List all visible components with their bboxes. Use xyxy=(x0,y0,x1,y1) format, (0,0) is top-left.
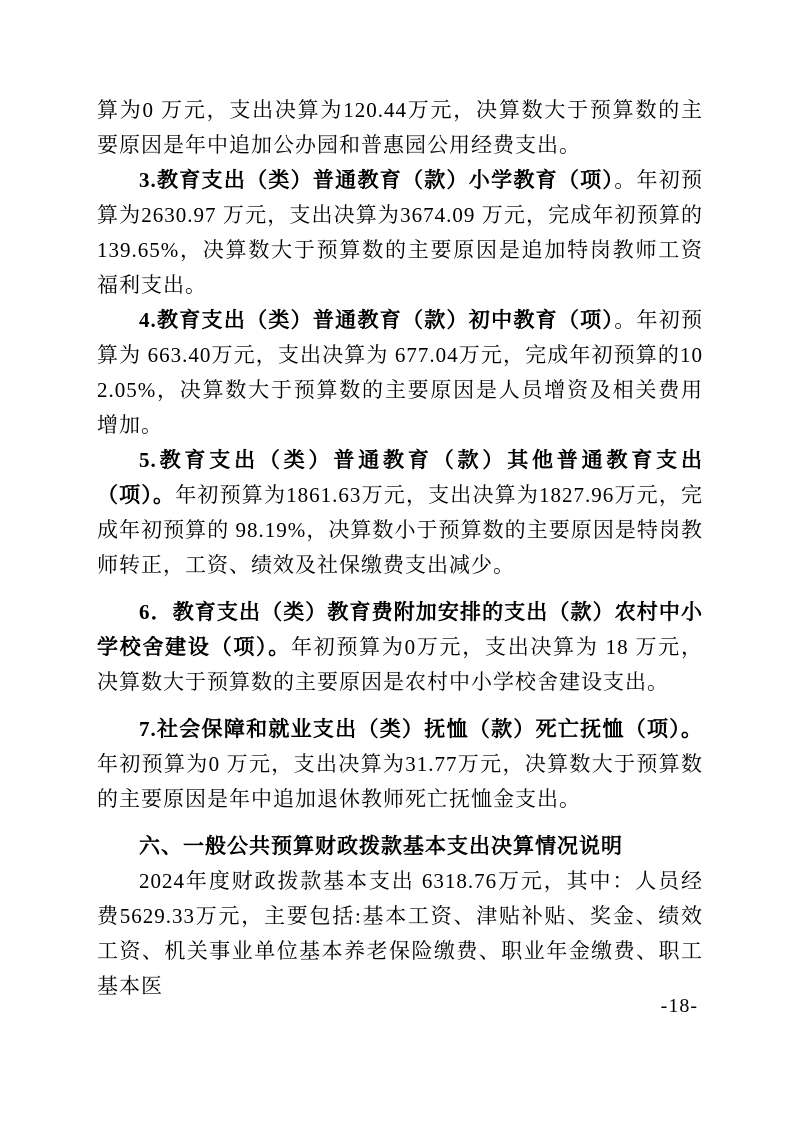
text-run: 年初预算为0 万元，支出决算为31.77万元，决算数大于预算数的主要原因是年中追… xyxy=(97,752,703,811)
item-5-other-general-education: 5.教育支出（类）普通教育（款）其他普通教育支出（项）。年初预算为1861.63… xyxy=(97,443,703,583)
text-run-bold: 六、一般公共预算财政拨款基本支出决算情况说明 xyxy=(139,835,623,858)
page-number: -18- xyxy=(661,995,698,1018)
text-run: 算为0 万元，支出决算为120.44万元，决算数大于预算数的主要原因是年中追加公… xyxy=(97,98,703,157)
text-run-bold: 3.教育支出（类）普通教育（款）小学教育（项） xyxy=(139,168,614,192)
document-body: 算为0 万元，支出决算为120.44万元，决算数大于预算数的主要原因是年中追加公… xyxy=(97,93,703,1004)
text-run: 年初预算为1861.63万元，支出决算为1827.96万元，完成年初预算的 98… xyxy=(97,483,703,577)
text-run: 2024年度财政拨款基本支出 6318.76万元，其中：人员经费5629.33万… xyxy=(97,869,703,998)
document-page: 算为0 万元，支出决算为120.44万元，决算数大于预算数的主要原因是年中追加公… xyxy=(0,0,793,1122)
para-basic-expenditure-2024: 2024年度财政拨款基本支出 6318.76万元，其中：人员经费5629.33万… xyxy=(97,864,703,1004)
section-heading-six: 六、一般公共预算财政拨款基本支出决算情况说明 xyxy=(97,829,703,864)
item-7-death-compensation: 7.社会保障和就业支出（类）抚恤（款）死亡抚恤（项）。年初预算为0 万元，支出决… xyxy=(97,712,703,817)
para-continuation-preschool: 算为0 万元，支出决算为120.44万元，决算数大于预算数的主要原因是年中追加公… xyxy=(97,93,703,163)
text-run-bold: 4.教育支出（类）普通教育（款）初中教育（项） xyxy=(139,308,614,332)
item-3-primary-education: 3.教育支出（类）普通教育（款）小学教育（项）。年初预算为2630.97 万元，… xyxy=(97,163,703,303)
text-run-bold: 7.社会保障和就业支出（类）抚恤（款）死亡抚恤（项）。 xyxy=(139,717,703,741)
item-4-middle-school-education: 4.教育支出（类）普通教育（款）初中教育（项）。年初预算为 663.40万元，支… xyxy=(97,303,703,443)
item-6-rural-school-construction: 6．教育支出（类）教育费附加安排的支出（款）农村中小学校舍建设（项）。年初预算为… xyxy=(97,595,703,700)
